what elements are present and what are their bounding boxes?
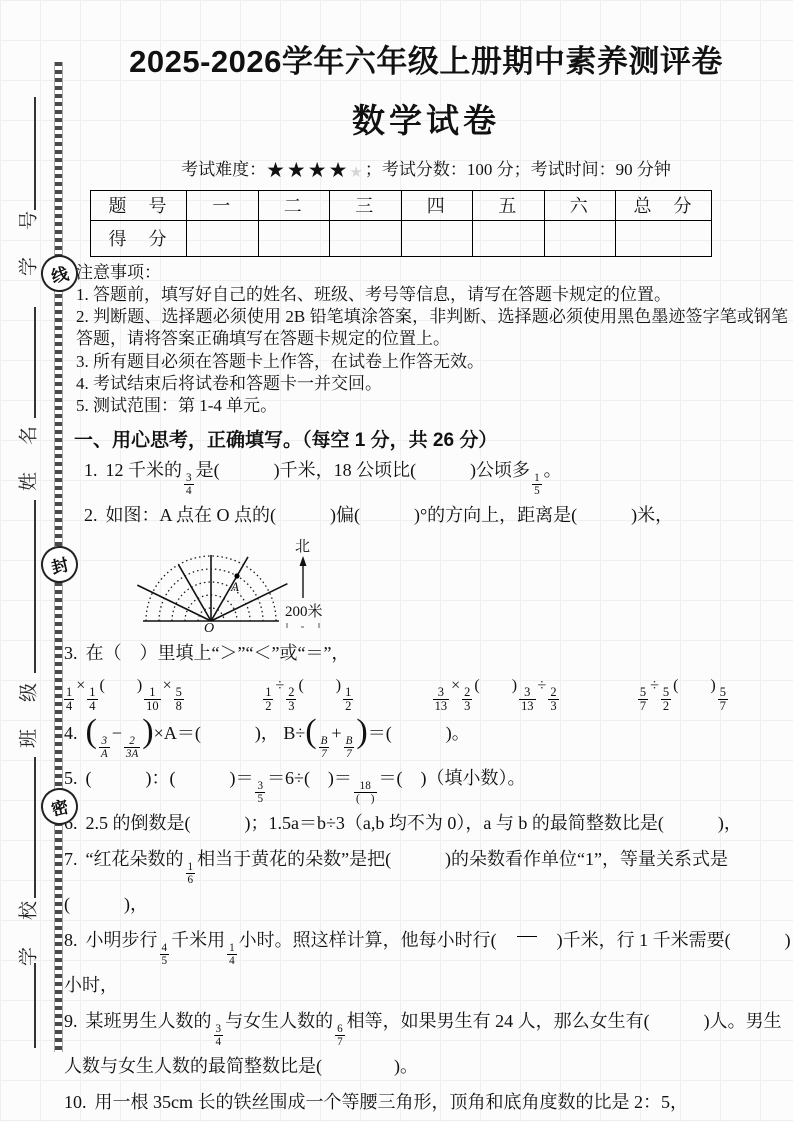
fraction-3-5: 35 [255, 780, 265, 805]
score-empty-cell [401, 220, 473, 256]
school-blank-line-2 [34, 963, 36, 1048]
score-table-cell-total: 总 分 [616, 190, 712, 220]
fraction-B-7: B7 [344, 735, 355, 760]
score-table-cell-label: 题 号 [91, 190, 187, 220]
question-text: 某班男生人数的 [86, 1011, 212, 1031]
comparison-3: 313×23( )313÷23 [431, 672, 561, 714]
exam-paper-page: { "seal_column": { "labels": ["学 号", "姓 … [0, 0, 793, 1122]
score-table-cell: 二 [258, 190, 330, 220]
question-2: 2.如图：A 点在 O 点的( )偏( )°的方向上，距离是( )米， [60, 497, 792, 533]
score-table-cell: 一 [187, 190, 259, 220]
difficulty-stars-icon: ★★★★ [266, 158, 349, 182]
fraction: 23 [462, 686, 472, 714]
fraction: 12 [343, 686, 353, 714]
question-text: 与女生人数的 [225, 1011, 333, 1031]
right-paren: ) [356, 713, 367, 750]
question-5: 5.( )：( )＝35＝6÷( )＝18( )＝( )（填小数）。 [60, 760, 792, 805]
question-number: 8. [64, 930, 78, 950]
operator: × [451, 677, 460, 694]
question-4: 4.(3A−23A)×A＝( )， B÷(B7+B7)＝( )。 [60, 715, 792, 760]
question-text: 用一根 35cm 长的铁丝围成一个等腰三角形，顶角和底角度数的比是 2：5， [95, 1092, 689, 1112]
question-number: 9. [64, 1011, 78, 1031]
operator: × [163, 677, 172, 694]
north-arrow-icon: 北 [295, 538, 310, 598]
question-text: “红花朵数的 [86, 849, 184, 869]
exam-notes: 注意事项： 1. 答题前，填写好自己的姓名、班级、考号等信息，请写在答题卡规定的… [60, 262, 788, 418]
question-text: ＝( )。 [368, 723, 470, 743]
page-title: 2025-2026学年六年级上册期中素养测评卷 [60, 44, 792, 80]
question-text: ＝( )（填小数）。 [379, 768, 526, 788]
operator: ÷ [650, 677, 659, 694]
fraction-6-7: 67 [335, 1023, 345, 1048]
score-table-cell: 四 [401, 190, 473, 220]
question-text: ＝6÷( )＝ [267, 768, 352, 788]
scale-ticks [287, 623, 319, 628]
score-table-cell: 三 [330, 190, 402, 220]
fraction: 23 [548, 686, 558, 714]
note-item-3: 3. 所有题目必须在答题卡上作答，在试卷上作答无效。 [76, 351, 788, 373]
notes-heading: 注意事项： [76, 262, 788, 284]
score-empty-cell [187, 220, 259, 256]
fraction: 12 [263, 686, 273, 714]
score-empty-cell [330, 220, 402, 256]
question-text: B÷ [283, 723, 305, 743]
question-number: 5. [64, 768, 78, 788]
question-number: 3. [64, 643, 78, 663]
question-text: 。 [544, 460, 562, 480]
scale-label: 200米 [285, 603, 323, 620]
operator: × [76, 677, 85, 694]
school-label: 学 校 [14, 886, 41, 978]
fraction: 57 [718, 686, 728, 714]
operator: + [331, 723, 341, 743]
comparison-2: 12÷23( )12 [261, 672, 355, 714]
question-7: 7.“红花朵数的16相当于黄花的朵数”是把( )的朵数看作单位“1”，等量关系式… [60, 841, 792, 922]
score-empty-cell [258, 220, 330, 256]
fraction: 110 [144, 686, 160, 714]
point-a-dot [234, 573, 239, 578]
fraction: 14 [87, 686, 97, 714]
left-paren: ( [86, 713, 97, 750]
question-number: 7. [64, 849, 78, 869]
question-text: 如图：A 点在 O 点的( )偏( )°的方向上，距离是( )米， [106, 505, 674, 525]
score-table: 题 号 一 二 三 四 五 六 总 分 得 分 [90, 190, 712, 257]
note-item-5: 5. 测试范围：第 1-4 单元。 [76, 395, 788, 417]
comparison-row: 14×14( )110×58 12÷23( )12 313×23( )313÷2… [62, 671, 730, 715]
fraction-1-6: 16 [186, 861, 196, 886]
name-blank-line [34, 307, 36, 418]
question-9: 9.某班男生人数的34与女生人数的67相等，如果男生有 24 人，那么女生有( … [60, 1003, 792, 1084]
fraction-B-7: B7 [319, 735, 330, 760]
score-table-score-row: 得 分 [91, 220, 712, 256]
question-number: 10. [64, 1092, 87, 1112]
class-blank-line [34, 500, 36, 673]
difficulty-label: 考试难度： [181, 160, 266, 179]
fraction: 58 [174, 686, 184, 714]
school-blank-line [34, 757, 36, 898]
question-text: 是( )千米，18 公顷比( )公顷多 [196, 460, 530, 480]
fraction: 23 [286, 686, 296, 714]
question-3: 3.在（ ）里填上“＞”“＜”或“＝”， [60, 635, 792, 671]
question-text: 小时。照这样计算，他每小时行( [239, 930, 515, 950]
answer-blank: ( ) [298, 677, 341, 694]
question-number: 2. [84, 505, 98, 525]
score-row-label: 得 分 [91, 220, 187, 256]
score-empty-cell [616, 220, 712, 256]
fraction-1-5: 15 [532, 472, 542, 497]
note-item-2: 2. 判断题、选择题必须使用 2B 铅笔填涂答案，非判断、选择题必须使用黑色墨迹… [76, 306, 788, 351]
left-paren: ( [305, 713, 316, 750]
fraction: 313 [433, 686, 449, 714]
paper-subtitle: 数学试卷 [60, 95, 792, 142]
fraction: 14 [64, 686, 74, 714]
paper-content: 2025-2026学年六年级上册期中素养测评卷 数学试卷 考试难度：★★★★★；… [60, 0, 792, 1120]
point-a-label: A [230, 579, 239, 594]
answer-blank: ( ) [100, 677, 143, 694]
question-1: 1.12 千米的34是( )千米，18 公顷比( )公顷多15。 [60, 452, 792, 497]
score-table-header-row: 题 号 一 二 三 四 五 六 总 分 [91, 190, 712, 220]
answer-blank: ( ) [474, 677, 517, 694]
note-item-1: 1. 答题前，填写好自己的姓名、班级、考号等信息，请写在答题卡规定的位置。 [76, 284, 788, 306]
question-number: 4. [64, 723, 78, 743]
fraction-3-4: 34 [214, 1023, 224, 1048]
operator: ÷ [538, 677, 547, 694]
student-id-blank-line [34, 97, 36, 210]
question-text: 千米用 [171, 930, 225, 950]
fraction-1-4: 14 [227, 942, 237, 967]
fraction: 57 [638, 686, 648, 714]
student-id-label: 学 号 [14, 196, 41, 288]
difficulty-star-ghost-icon: ★ [349, 165, 364, 181]
operator: ÷ [275, 677, 284, 694]
question-8: 8.小明步行45千米用14小时。照这样计算，他每小时行( )千米，行 1 千米需… [60, 922, 792, 1003]
question-text: 12 千米的 [106, 460, 183, 480]
question-text: 小明步行 [86, 930, 158, 950]
fraction-4-5: 45 [160, 942, 170, 967]
question-text: 在（ ）里填上“＞”“＜”或“＝”， [86, 643, 350, 663]
fraction-3-A: 3A [99, 735, 110, 760]
fraction: 52 [661, 686, 671, 714]
operator: − [112, 723, 122, 743]
question-text: ×A＝( )， [154, 723, 279, 743]
fraction-2-3A: 23A [124, 735, 140, 760]
compass-direction-diagram: A O 北 200米 [133, 535, 383, 632]
fraction-3-4: 34 [184, 472, 194, 497]
exam-score-time: ；考试分数：100 分；考试时间：90 分钟 [365, 160, 671, 179]
exam-meta-line: 考试难度：★★★★★；考试分数：100 分；考试时间：90 分钟 [60, 155, 792, 181]
answer-blank: ( ) [673, 677, 716, 694]
comparison-1: 14×14( )110×58 [62, 672, 186, 714]
right-paren: ) [142, 713, 153, 750]
score-empty-cell [544, 220, 616, 256]
score-table-cell: 五 [473, 190, 545, 220]
name-label: 姓 名 [14, 411, 41, 503]
fraction: 313 [519, 686, 535, 714]
question-text: ( )：( )＝ [86, 768, 254, 788]
comparison-4: 57÷52( )57 [636, 672, 730, 714]
blank-fraction-line [517, 936, 537, 937]
question-text: 2.5 的倒数是( )；1.5a＝b÷3（a,b 均不为 0），a 与 b 的最… [86, 813, 742, 833]
note-item-4: 4. 考试结束后将试卷和答题卡一并交回。 [76, 373, 788, 395]
class-label: 班 级 [14, 668, 41, 760]
origin-o-label: O [204, 621, 214, 632]
question-10: 10.用一根 35cm 长的铁丝围成一个等腰三角形，顶角和底角度数的比是 2：5… [60, 1084, 792, 1120]
fraction-18-blank: 18( ) [354, 780, 377, 805]
score-table-cell: 六 [544, 190, 616, 220]
score-empty-cell [473, 220, 545, 256]
question-number: 1. [84, 460, 98, 480]
question-6: 6.2.5 的倒数是( )；1.5a＝b÷3（a,b 均不为 0），a 与 b … [60, 805, 792, 841]
svg-text:北: 北 [295, 538, 310, 555]
section-1-heading: 一、用心思考，正确填写。（每空 1 分，共 26 分） [60, 425, 792, 452]
direction-diagram: A O 北 200米 [133, 535, 792, 632]
